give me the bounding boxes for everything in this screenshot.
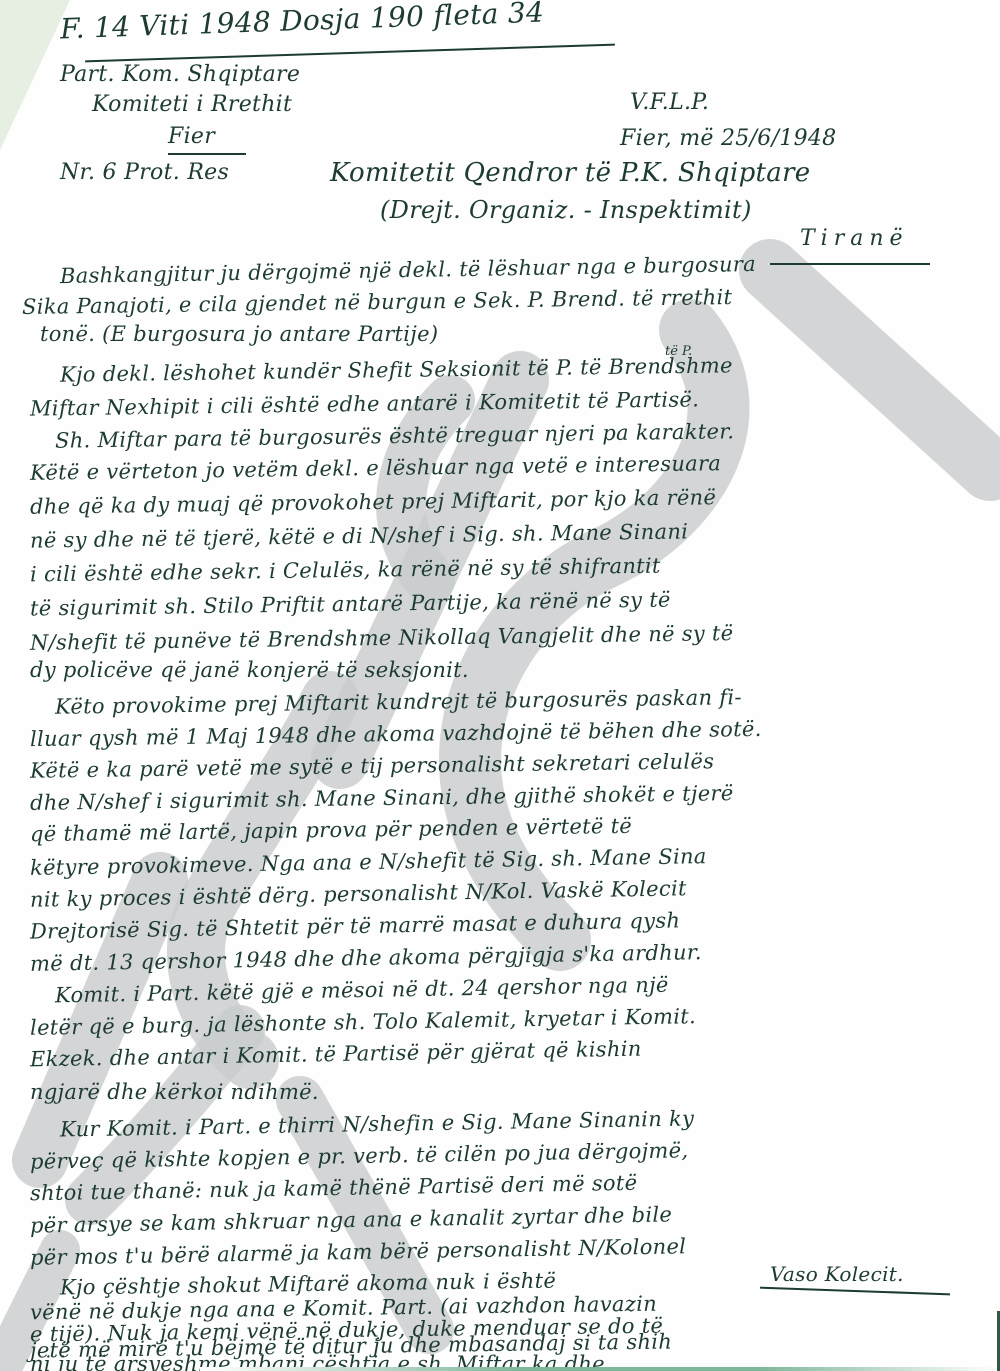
sender-committee: Komiteti i Rrethit bbox=[92, 92, 292, 117]
body-line: Sika Panajoti, e cila gjendet në burgun … bbox=[22, 285, 733, 319]
body-line: i cili është edhe sekr. i Celulës, ka rë… bbox=[30, 554, 661, 587]
body-line: Këto provokime prej Miftarit kundrejt të… bbox=[55, 685, 742, 719]
sender-party: Part. Kom. Shqiptare bbox=[60, 62, 300, 87]
body-line: Ekzek. dhe antar i Komit. të Partisë për… bbox=[30, 1037, 642, 1072]
body-line: Drejtorisë Sig. të Shtetit për të marrë … bbox=[30, 908, 681, 943]
body-line: letër që e burg. ja lëshonte sh. Tolo Ka… bbox=[30, 1004, 696, 1040]
body-line: Komit. i Part. këtë gjë e mësoi në dt. 2… bbox=[55, 973, 669, 1008]
body-line: N/shefit të punëve të Brendshme Nikollaq… bbox=[30, 621, 734, 655]
scan-bottom-edge bbox=[200, 1367, 1000, 1371]
body-line: Këtë e vërteton jo vetëm dekl. e lëshuar… bbox=[30, 451, 721, 485]
body-line: nit ky proces i është dërg. personalisht… bbox=[30, 876, 687, 911]
recipient-line-2: (Drejt. Organiz. - Inspektimit) bbox=[380, 196, 752, 224]
archive-reference: F. 14 Viti 1948 Dosja 190 fleta 34 bbox=[60, 0, 545, 45]
protocol-number: Nr. 6 Prot. Res bbox=[60, 160, 229, 185]
body-line: këtyre provokimeve. Nga ana e N/shefit t… bbox=[30, 844, 707, 880]
body-line: të sigurimit sh. Stilo Priftit antarë Pa… bbox=[30, 588, 671, 621]
sender-city: Fier bbox=[168, 124, 215, 149]
body-line: për arsye se kam shkruar nga ana e kanal… bbox=[30, 1202, 673, 1237]
body-line: dhe N/shef i sigurimit sh. Mane Sinani, … bbox=[30, 781, 734, 815]
body-line: Këtë e ka parë vetë me sytë e tij person… bbox=[30, 749, 715, 783]
body-line: më dt. 13 qershor 1948 dhe dhe akoma për… bbox=[30, 940, 702, 976]
insertion-te-p: të P. bbox=[665, 344, 692, 359]
body-line: dhe që ka dy muaj që provokohet prej Mif… bbox=[30, 485, 716, 519]
recipient-line-1: Komitetit Qendror të P.K. Shqiptare bbox=[330, 158, 811, 188]
body-line: shtoi tue thanë: nuk ja kamë thënë Parti… bbox=[30, 1171, 638, 1206]
slogan: V.F.L.P. bbox=[630, 90, 709, 115]
body-line: Sh. Miftar para të burgosurës është treg… bbox=[55, 419, 735, 452]
body-line: Kjo dekl. lëshohet kundër Shefit Seksion… bbox=[60, 353, 733, 386]
body-line: që thamë më lartë, japin prova për pende… bbox=[30, 814, 632, 846]
sender-city-underline bbox=[168, 153, 246, 155]
body-line: Bashkangjitur ju dërgojmë një dekl. të l… bbox=[60, 252, 756, 288]
body-line: ngjarë dhe kërkoi ndihmë. bbox=[30, 1080, 319, 1104]
recipient-city-underline bbox=[770, 263, 930, 265]
archive-reference-underline bbox=[85, 44, 615, 63]
body-line: për mos t'u bërë alarmë ja kam bërë pers… bbox=[30, 1234, 687, 1269]
body-line: Miftar Nexhipit i cili është edhe antarë… bbox=[30, 387, 699, 420]
recipient-city: Tiranë bbox=[800, 226, 909, 251]
body-line: lluar qysh më 1 Maj 1948 dhe akoma vazhd… bbox=[30, 717, 762, 751]
insertion-vaso-kolecit: Vaso Kolecit. bbox=[770, 1262, 904, 1286]
document-page: F. 14 Viti 1948 Dosja 190 fleta 34 Part.… bbox=[0, 0, 1000, 1371]
place-date: Fier, më 25/6/1948 bbox=[620, 126, 836, 151]
body-line: Kur Komit. i Part. e thirri N/shefin e S… bbox=[60, 1106, 695, 1141]
insertion-underline bbox=[760, 1287, 950, 1296]
body-line: në sy dhe në të tjerë, këtë e di N/shef … bbox=[30, 519, 688, 552]
body-line: përveç që kishte kopjen e pr. verb. të c… bbox=[30, 1138, 689, 1173]
body-line: tonë. (E burgosura jo antare Partije) bbox=[40, 322, 438, 346]
body-line: dy policëve që janë konjerë të seksjonit… bbox=[30, 658, 469, 682]
